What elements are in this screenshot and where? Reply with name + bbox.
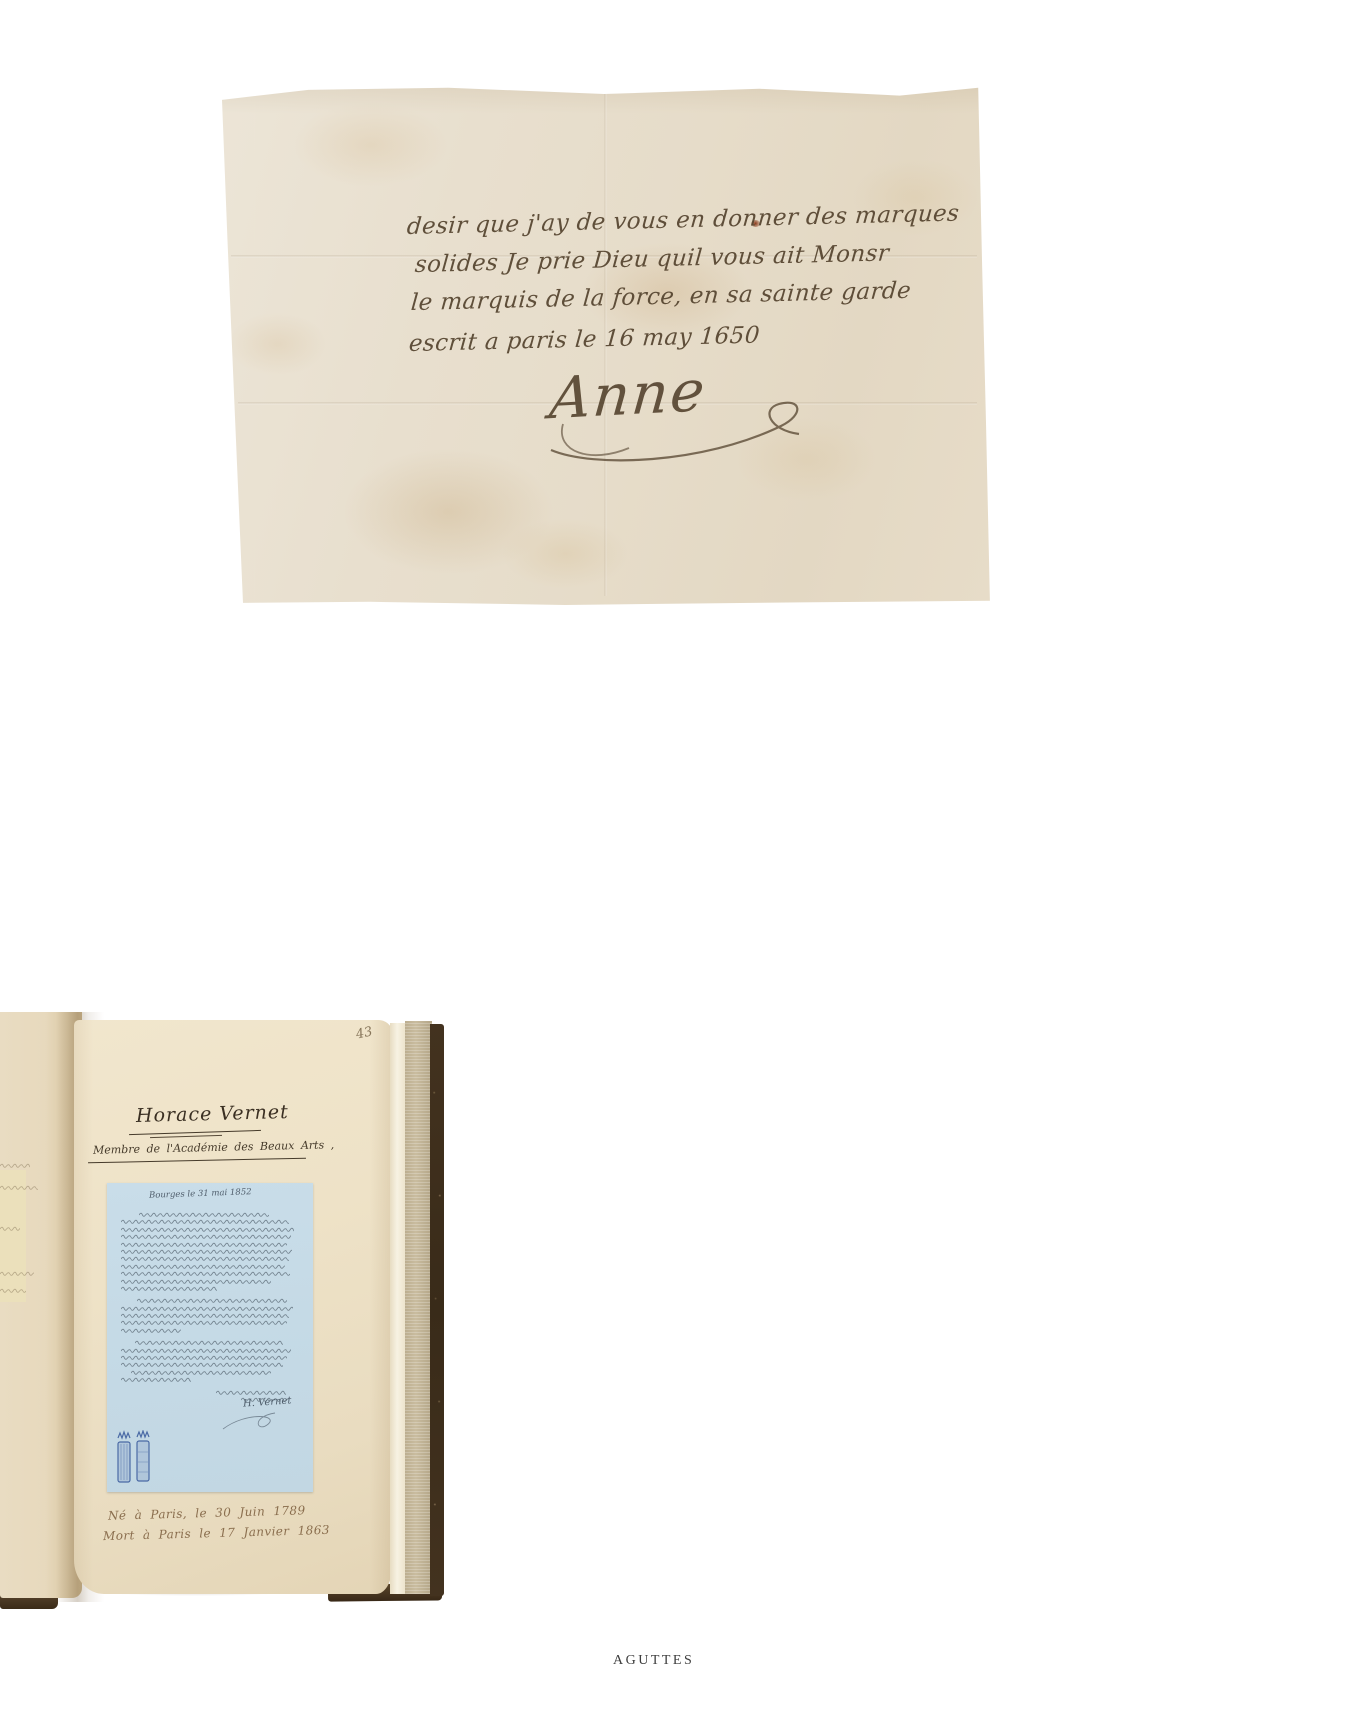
handwriting-line: [121, 1361, 301, 1368]
manuscript-letter-photo: desir que j'ay de vous en donner des mar…: [215, 82, 993, 606]
handwriting-line: [121, 1319, 301, 1326]
leather-spine: [430, 1024, 444, 1596]
handwriting-line: [139, 1211, 301, 1218]
signature-paraph: [217, 1407, 297, 1437]
handwriting-line: [121, 1327, 301, 1334]
handwriting-line: [121, 1376, 301, 1383]
handwriting-line: [121, 1270, 301, 1277]
catalog-page: desir que j'ay de vous en donner des mar…: [0, 0, 1362, 1733]
handwriting-line: [121, 1248, 301, 1255]
handwriting-line: [121, 1278, 301, 1285]
handwriting-fragment: [0, 1225, 20, 1232]
letter-dateline: Bourges le 31 mai 1852: [149, 1187, 252, 1201]
handwriting-line: [121, 1233, 301, 1240]
blue-armorial-stamp: [134, 1430, 151, 1484]
album-photo: 43 Horace Vernet Membre de l'Académie de…: [0, 1010, 444, 1612]
handwriting-fragment: [0, 1184, 38, 1191]
handwriting-line: [121, 1347, 301, 1354]
handwriting-line: [121, 1218, 301, 1225]
handwriting-line: [121, 1255, 301, 1262]
handwriting-fragment: [0, 1287, 26, 1294]
handwriting-line: [121, 1354, 301, 1361]
handwriting-line: [121, 1312, 301, 1319]
page-edge: [390, 1023, 406, 1594]
handwriting-line: [135, 1339, 301, 1346]
pasted-blue-letter: Bourges le 31 mai 1852 H. Vernet: [107, 1183, 313, 1492]
handwriting-fragment: [0, 1270, 34, 1277]
blue-armorial-stamp: [115, 1430, 132, 1486]
page-block-fore-edge: [405, 1021, 432, 1594]
handwriting-line: [137, 1297, 301, 1304]
manuscript-line: desir que j'ay de vous en donner des mar…: [406, 201, 960, 241]
manuscript-line: solides Je prie Dieu quil vous ait Monsr: [414, 240, 890, 278]
handwriting-line: [121, 1285, 301, 1292]
handwriting-line: [121, 1263, 301, 1270]
handwriting-fragment: [0, 1162, 30, 1169]
manuscript-line: escrit a paris le 16 may 1650: [408, 322, 761, 357]
anne-signature: Anne: [547, 358, 709, 433]
handwriting-line: [121, 1226, 301, 1233]
handwriting-line: [131, 1369, 301, 1376]
letter-body-handwriting: [121, 1211, 301, 1403]
auction-house-brand: AGUTTES: [613, 1653, 694, 1669]
manuscript-line: le marquis de la force, en sa sainte gar…: [410, 278, 912, 316]
handwriting-line: [121, 1241, 301, 1248]
handwriting-line: [121, 1305, 301, 1312]
album-title: Horace Vernet: [136, 1101, 289, 1127]
